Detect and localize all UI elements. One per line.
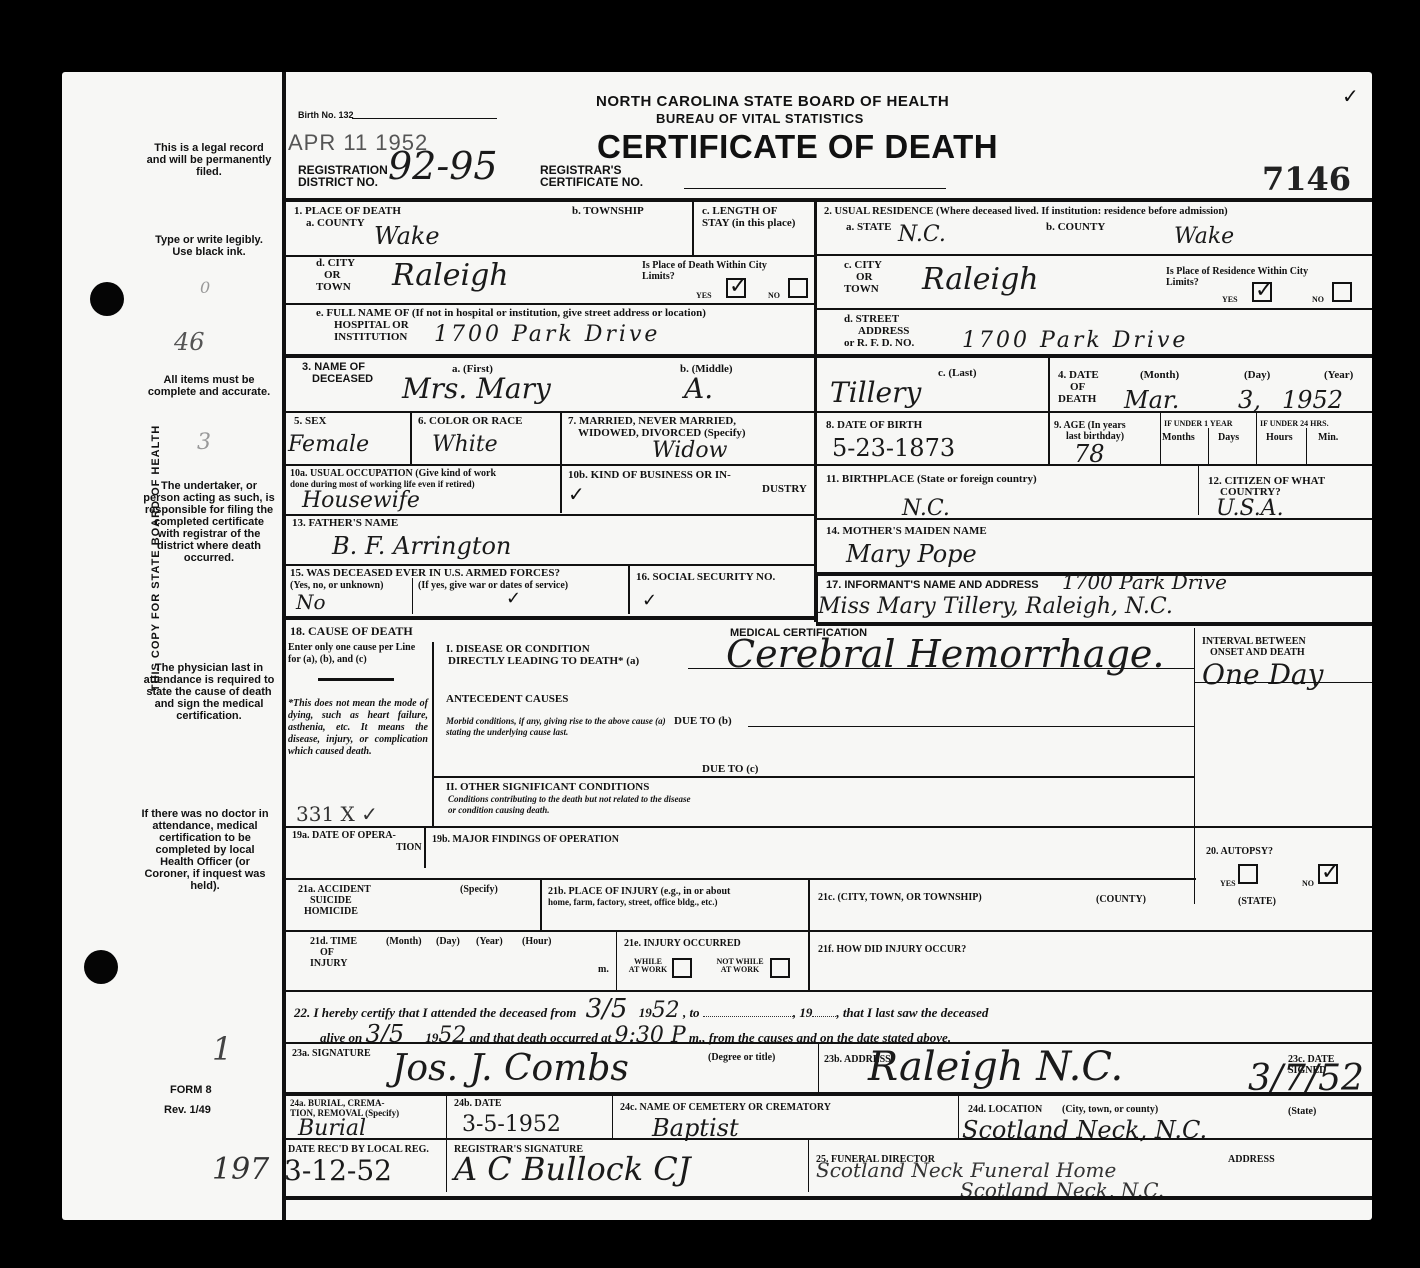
armed-forces-label: 15. WAS DECEASED EVER IN U.S. ARMED FORC…: [290, 568, 560, 579]
divider: [284, 514, 816, 516]
due-to-c-label: DUE TO (c): [702, 764, 758, 775]
ssn-label: 16. SOCIAL SECURITY NO.: [636, 572, 775, 583]
injury-day-label: (Day): [436, 936, 460, 947]
other-conditions-note: Conditions contributing to the death but…: [448, 794, 698, 816]
occupation-value: Housewife: [302, 488, 420, 513]
residence-within-limits-label-1: Is Place of Residence Within City: [1166, 266, 1308, 277]
divider: [284, 198, 1372, 202]
last-name-label: c. (Last): [938, 368, 977, 379]
divider: [318, 678, 394, 681]
within-city-limits-label-2: Limits?: [642, 271, 675, 282]
registrar-cert-label-2: CERTIFICATE NO.: [540, 176, 643, 188]
registration-district-value: 92-95: [388, 144, 498, 188]
registration-district-label-2: DISTRICT NO.: [298, 176, 378, 188]
margin-mark: 1: [212, 1030, 232, 1068]
divider: [818, 1044, 819, 1092]
divider: [284, 1138, 1372, 1140]
hours-label: Hours: [1266, 432, 1293, 443]
registrar-cert-line: [684, 188, 946, 189]
residence-county-label: b. COUNTY: [1046, 222, 1105, 233]
injury-place-label-1: 21b. PLACE OF INJURY (e.g., in or about: [548, 886, 730, 897]
under-24-hours-label: IF UNDER 24 HRS.: [1260, 420, 1329, 428]
signature-label: 23a. SIGNATURE: [292, 1048, 371, 1059]
death-county-value: Wake: [374, 222, 440, 250]
interval-value: One Day: [1202, 658, 1323, 691]
last-name-value: Tillery: [830, 376, 921, 409]
father-name-value: B. F. Arrington: [332, 532, 511, 560]
divider: [284, 826, 1372, 828]
autopsy-no-checkbox[interactable]: [1318, 864, 1338, 884]
attended-to-year-blank: [812, 1016, 836, 1017]
residence-city-label-2: OR: [856, 272, 873, 283]
race-value: White: [432, 432, 498, 457]
operation-date-label-1: 19a. DATE OF OPERA-: [292, 830, 396, 841]
yes-label: YES: [1222, 296, 1238, 304]
cemetery-label: 24c. NAME OF CEMETERY OR CREMATORY: [620, 1102, 831, 1113]
cause-instructions: Enter only one cause per Line for (a), (…: [288, 642, 428, 666]
hospital-label-1: e. FULL NAME OF (If not in hospital or i…: [316, 308, 706, 319]
sex-value: Female: [288, 432, 369, 457]
divider: [284, 878, 1196, 880]
interval-label-1: INTERVAL BETWEEN: [1202, 636, 1306, 647]
accident-label-3: HOMICIDE: [304, 906, 358, 917]
deceased-name-label-2: DECEASED: [312, 374, 373, 385]
sidebar-vertical-text: THIS COPY FOR STATE BOARD OF HEALTH: [150, 378, 162, 738]
cause-of-death-label: 18. CAUSE OF DEATH: [290, 626, 413, 637]
binder-hole: [90, 282, 124, 316]
sidebar-note-physician: The physician last in attendance is requ…: [142, 662, 276, 722]
autopsy-yes-checkbox[interactable]: [1238, 864, 1258, 884]
not-while-at-work-checkbox[interactable]: [770, 958, 790, 978]
interval-label-2: ONSET AND DEATH: [1210, 647, 1305, 658]
divider: [808, 880, 810, 992]
divider: [1048, 356, 1050, 412]
divider: [628, 566, 630, 614]
armed-forces-sub-2: (If yes, give war or dates of service): [418, 580, 568, 591]
divider: [1194, 628, 1195, 904]
divider: [816, 254, 1372, 256]
divider: [1208, 428, 1209, 466]
certification-text: 22. I hereby certify that I attended the…: [294, 1005, 576, 1020]
middle-name-value: A.: [684, 372, 713, 405]
sidebar-note-undertaker: The undertaker, or person acting as such…: [142, 480, 276, 564]
divider: [1306, 428, 1307, 466]
form-left-border: [282, 72, 286, 1220]
deceased-name-label-1: 3. NAME OF: [302, 362, 365, 373]
registrar-signature-value: A C Bullock CJ: [454, 1150, 691, 1188]
cause-code-mark: 331 X ✓: [296, 802, 378, 826]
death-year-value: 1952: [1282, 386, 1343, 414]
death-month-value: Mar.: [1124, 386, 1179, 414]
divider: [1048, 412, 1050, 466]
ssn-value: ✓: [642, 590, 657, 611]
injury-hour-label: (Hour): [522, 936, 551, 947]
death-certificate-page: This is a legal record and will be perma…: [62, 72, 1372, 1220]
sex-label: 5. SEX: [294, 416, 326, 427]
line: [748, 726, 1194, 727]
informant-value: Miss Mary Tillery, Raleigh, N.C.: [818, 594, 1173, 619]
no-label: NO: [768, 292, 780, 300]
injury-time-label-1: 21d. TIME: [310, 936, 357, 947]
divider: [424, 828, 426, 868]
informant-address-1: 1700 Park Drive: [1062, 570, 1227, 594]
certification-text: , 19: [793, 1005, 813, 1020]
divider: [284, 255, 816, 257]
antecedent-label: ANTECEDENT CAUSES: [446, 694, 568, 705]
autopsy-no-label: NO: [1302, 880, 1314, 888]
birth-number: Birth No. 132: [298, 110, 354, 121]
divider: [616, 932, 617, 992]
divider: [560, 465, 562, 513]
mother-name-label: 14. MOTHER'S MAIDEN NAME: [826, 526, 987, 537]
death-date-label-3: DEATH: [1058, 394, 1096, 405]
date-received-value: 3-12-52: [284, 1154, 392, 1187]
divider: [284, 1042, 1372, 1044]
occupation-label-1: 10a. USUAL OCCUPATION (Give kind of work: [290, 468, 496, 479]
usual-residence-label: 2. USUAL RESIDENCE (Where deceased lived…: [824, 206, 1228, 217]
dob-value: 5-23-1873: [832, 434, 955, 462]
minutes-label: Min.: [1318, 432, 1338, 443]
divider: [816, 622, 1372, 626]
divider: [958, 1094, 959, 1138]
funeral-address-label: ADDRESS: [1228, 1154, 1275, 1165]
injury-state-label: (STATE): [1238, 896, 1276, 907]
injury-time-label-3: INJURY: [310, 958, 347, 969]
certification-text: , to: [683, 1005, 700, 1020]
death-city-value: Raleigh: [392, 258, 509, 293]
divider: [284, 564, 816, 566]
operation-date-label-2: TION: [396, 842, 422, 853]
dob-label: 8. DATE OF BIRTH: [826, 420, 922, 431]
margin-mark: 46: [174, 328, 205, 356]
while-at-work-label: WHILE AT WORK: [628, 958, 668, 974]
autopsy-yes-label: YES: [1220, 880, 1236, 888]
sidebar-note-legal: This is a legal record and will be perma…: [144, 142, 274, 178]
injury-year-label: (Year): [476, 936, 503, 947]
hospital-label-2: HOSPITAL OR: [334, 320, 409, 331]
within-city-limits-label-1: Is Place of Death Within City: [642, 260, 767, 271]
yes-label: YES: [696, 292, 712, 300]
divider: [692, 200, 694, 256]
residence-within-limits-label-2: Limits?: [1166, 277, 1199, 288]
cause-note: *This does not mean the mode of dying, s…: [288, 698, 428, 758]
injury-place-label-2: home, farm, factory, street, office bldg…: [548, 897, 718, 908]
death-month-label: (Month): [1140, 370, 1179, 381]
form-number: FORM 8: [170, 1084, 212, 1096]
form-revision: Rev. 1/49: [164, 1104, 211, 1116]
divider: [612, 1094, 613, 1138]
injury-month-label: (Month): [386, 936, 422, 947]
residence-state-value: N.C.: [898, 222, 946, 247]
degree-label: (Degree or title): [708, 1052, 775, 1063]
divider: [814, 200, 817, 620]
antecedent-note: Morbid conditions, if any, giving rise t…: [446, 716, 672, 738]
divider: [284, 1196, 1372, 1200]
race-label: 6. COLOR OR RACE: [418, 416, 523, 427]
sidebar-note-legibly: Type or write legibly. Use black ink.: [144, 234, 274, 258]
death-date-label-2: OF: [1070, 382, 1085, 393]
sidebar-note-complete: All items must be complete and accurate.: [144, 374, 274, 398]
divider: [284, 616, 816, 620]
divider: [434, 776, 1194, 778]
death-year-label: (Year): [1324, 370, 1353, 381]
other-conditions-label: II. OTHER SIGNIFICANT CONDITIONS: [446, 782, 649, 793]
hospital-label-3: INSTITUTION: [334, 332, 407, 343]
divider: [540, 880, 542, 930]
margin-mark: 3: [197, 430, 211, 455]
marital-label-1: 7. MARRIED, NEVER MARRIED,: [568, 416, 736, 427]
divider: [284, 303, 816, 305]
township-label: b. TOWNSHIP: [572, 206, 644, 217]
divider: [446, 1140, 447, 1192]
injury-city-label: 21c. (CITY, TOWN, OR TOWNSHIP): [818, 892, 982, 903]
sidebar-note-no-doctor: If there was no doctor in attendance, me…: [138, 808, 272, 892]
divider: [1256, 412, 1257, 466]
armed-forces-value: No: [296, 590, 326, 614]
death-within-limits-no-checkbox[interactable]: [788, 278, 808, 298]
residence-city-label-1: c. CITY: [844, 260, 882, 271]
death-day-value: 3,: [1238, 386, 1261, 414]
divider: [284, 1092, 1372, 1096]
death-time-value: 9:30 P: [614, 1023, 685, 1048]
place-of-death-label: 1. PLACE OF DEATH: [294, 206, 401, 217]
hospital-value: 1700 Park Drive: [434, 322, 660, 347]
business-label-1: 10b. KIND OF BUSINESS OR IN-: [568, 470, 731, 481]
residence-county-value: Wake: [1174, 224, 1234, 249]
residence-within-limits-no-checkbox[interactable]: [1332, 282, 1352, 302]
injury-occurred-label: 21e. INJURY OCCURRED: [624, 938, 741, 949]
accident-label-1: 21a. ACCIDENT: [298, 884, 371, 895]
not-while-at-work-label: NOT WHILE AT WORK: [714, 958, 766, 974]
attended-to-blank: [703, 1016, 793, 1017]
street-label-3: or R. F. D. NO.: [844, 338, 914, 349]
document-title: CERTIFICATE OF DEATH: [597, 128, 998, 166]
divider: [410, 412, 412, 464]
armed-service-value: ✓: [506, 588, 521, 609]
divider: [284, 930, 1372, 932]
divider: [432, 642, 434, 828]
residence-within-limits-yes-checkbox[interactable]: [1252, 282, 1272, 302]
mother-name-value: Mary Pope: [846, 540, 977, 568]
street-value: 1700 Park Drive: [962, 328, 1188, 353]
margin-mark: 197: [212, 1152, 269, 1187]
death-city-label-3: TOWN: [316, 282, 351, 293]
how-injury-occurred-label: 21f. HOW DID INJURY OCCUR?: [818, 944, 966, 955]
while-at-work-checkbox[interactable]: [672, 958, 692, 978]
business-label-2: DUSTRY: [762, 484, 807, 495]
autopsy-label: 20. AUTOPSY?: [1206, 846, 1273, 857]
divider: [412, 578, 413, 614]
divider: [284, 464, 1372, 466]
divider: [808, 1140, 809, 1192]
informant-label: 17. INFORMANT'S NAME AND ADDRESS: [826, 580, 1039, 591]
location-sub-label: (City, town, or county): [1062, 1104, 1158, 1115]
disease-label-2: DIRECTLY LEADING TO DEATH* (a): [448, 656, 639, 667]
divider: [1160, 412, 1161, 466]
certificate-number: 7146: [1262, 160, 1351, 198]
line: [1194, 682, 1372, 683]
days-label: Days: [1218, 432, 1239, 443]
street-label-2: ADDRESS: [858, 326, 909, 337]
marital-value: Widow: [652, 438, 727, 463]
disease-label-1: I. DISEASE OR CONDITION: [446, 644, 590, 655]
location-state-label: (State): [1288, 1106, 1316, 1117]
divider: [284, 990, 1372, 992]
physician-signature: Jos. J. Combs: [392, 1048, 629, 1089]
injury-county-label: (COUNTY): [1096, 894, 1146, 905]
burial-date-value: 3-5-1952: [462, 1112, 561, 1137]
length-of-stay-label-1: c. LENGTH OF: [702, 206, 777, 217]
divider: [816, 308, 1372, 310]
divider: [446, 1094, 447, 1138]
death-city-label-1: d. CITY: [316, 258, 355, 269]
check-icon: ✓: [1342, 84, 1359, 108]
burial-date-label: 24b. DATE: [454, 1098, 502, 1109]
under-1-year-label: IF UNDER 1 YEAR: [1164, 420, 1233, 428]
bureau-name: BUREAU OF VITAL STATISTICS: [656, 112, 864, 125]
divider: [560, 412, 562, 464]
death-city-label-2: OR: [324, 270, 341, 281]
physician-address-value: Raleigh N.C.: [868, 1044, 1123, 1090]
certification-text: , that I last saw the deceased: [836, 1005, 988, 1020]
death-within-limits-yes-checkbox[interactable]: [726, 278, 746, 298]
board-name: NORTH CAROLINA STATE BOARD OF HEALTH: [596, 94, 949, 109]
divider: [1198, 465, 1199, 515]
months-label: Months: [1162, 432, 1195, 443]
divider: [816, 518, 1372, 520]
margin-mark: 0: [200, 278, 210, 297]
residence-city-label-3: TOWN: [844, 284, 879, 295]
length-of-stay-label-2: STAY (in this place): [702, 218, 795, 229]
first-name-value: Mrs. Mary: [402, 372, 551, 405]
accident-label-2: SUICIDE: [310, 895, 352, 906]
certification-text: 19: [639, 1005, 652, 1020]
birthplace-label: 11. BIRTHPLACE (State or foreign country…: [826, 474, 1037, 485]
no-label: NO: [1312, 296, 1324, 304]
divider: [284, 411, 1372, 413]
binder-hole: [84, 950, 118, 984]
death-day-label: (Day): [1244, 370, 1270, 381]
due-to-b-label: DUE TO (b): [674, 716, 732, 727]
residence-city-value: Raleigh: [922, 262, 1039, 297]
injury-m-label: m.: [598, 964, 609, 975]
residence-state-label: a. STATE: [846, 222, 891, 233]
father-name-label: 13. FATHER'S NAME: [292, 518, 398, 529]
accident-specify-label: (Specify): [460, 884, 498, 895]
disease-value: Cerebral Hemorrhage.: [726, 632, 1164, 676]
death-date-label-1: 4. DATE: [1058, 370, 1099, 381]
business-value: ✓: [568, 482, 585, 506]
age-label-1: 9. AGE (In years: [1054, 420, 1126, 431]
street-label-1: d. STREET: [844, 314, 899, 325]
divider: [284, 354, 1372, 358]
last-seen-year-value: 52: [438, 1023, 466, 1048]
birth-number-line: [352, 118, 497, 119]
operation-findings-label: 19b. MAJOR FINDINGS OF OPERATION: [432, 834, 619, 845]
death-county-label: a. COUNTY: [306, 218, 365, 229]
location-label: 24d. LOCATION: [968, 1104, 1042, 1115]
injury-time-label-2: OF: [320, 947, 334, 958]
